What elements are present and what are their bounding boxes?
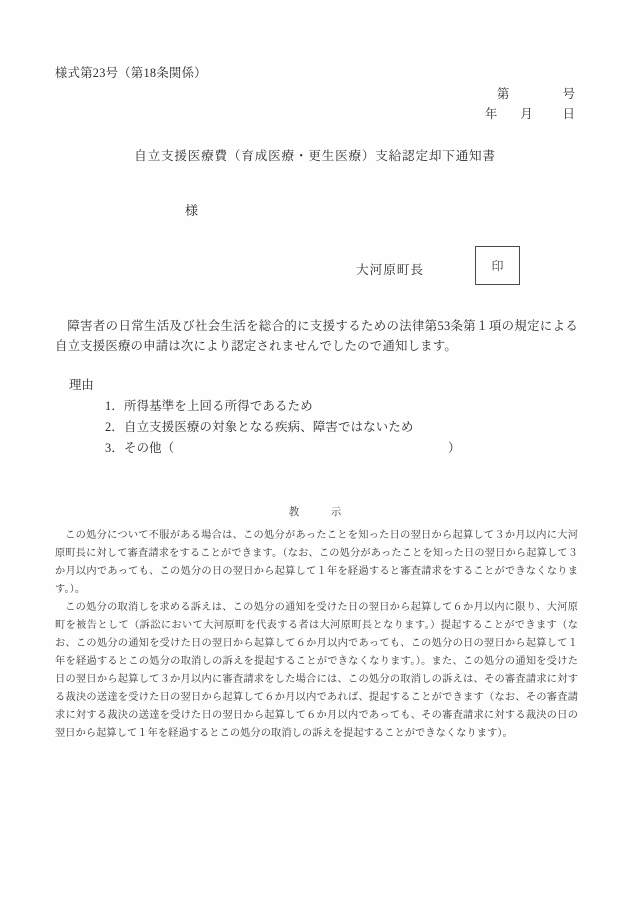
doc-date-line: 年 月 日 [485,104,575,122]
date-year-label: 年 [485,104,497,122]
form-number: 様式第23号（第18条関係） [55,63,207,81]
document-title: 自立支援医療費（育成医療・更生医療）支給認定却下通知書 [0,145,630,164]
seal-label: 印 [491,257,503,274]
reason-item-1: 1．所得基準を上回る所得であるため [105,396,313,414]
doc-number-line: 第 号 [497,84,575,102]
reason-item-3-close-paren: ） [448,438,460,456]
seal-box: 印 [475,246,520,285]
reason-item-2: 2．自立支援医療の対象となる疾病、障害ではないため [105,417,414,435]
notification-paragraph: 障害者の日常生活及び社会生活を総合的に支援するための法律第53条第１項の規定によ… [55,316,578,356]
instruction-heading: 教 示 [0,504,630,519]
doc-number-prefix: 第 [497,84,509,102]
instruction-paragraph-1: この処分について不服がある場合は、この処分があったことを知った日の翌日から起算し… [55,527,578,599]
reasons-label: 理由 [69,375,94,393]
date-day-label: 日 [563,104,575,122]
instruction-section: この処分について不服がある場合は、この処分があったことを知った日の翌日から起算し… [55,527,578,743]
document-page: 様式第23号（第18条関係） 第 号 年 月 日 自立支援医療費（育成医療・更生… [0,0,630,915]
addressee-honorific: 様 [185,200,198,219]
issuer-name: 大河原町長 [356,259,424,278]
reason-item-3: 3．その他（ [105,438,174,456]
instruction-paragraph-2: この処分の取消しを求める訴えは、この処分の通知を受けた日の翌日から起算して６か月… [55,599,578,743]
doc-number-suffix: 号 [563,84,575,102]
date-month-label: 月 [520,104,532,122]
